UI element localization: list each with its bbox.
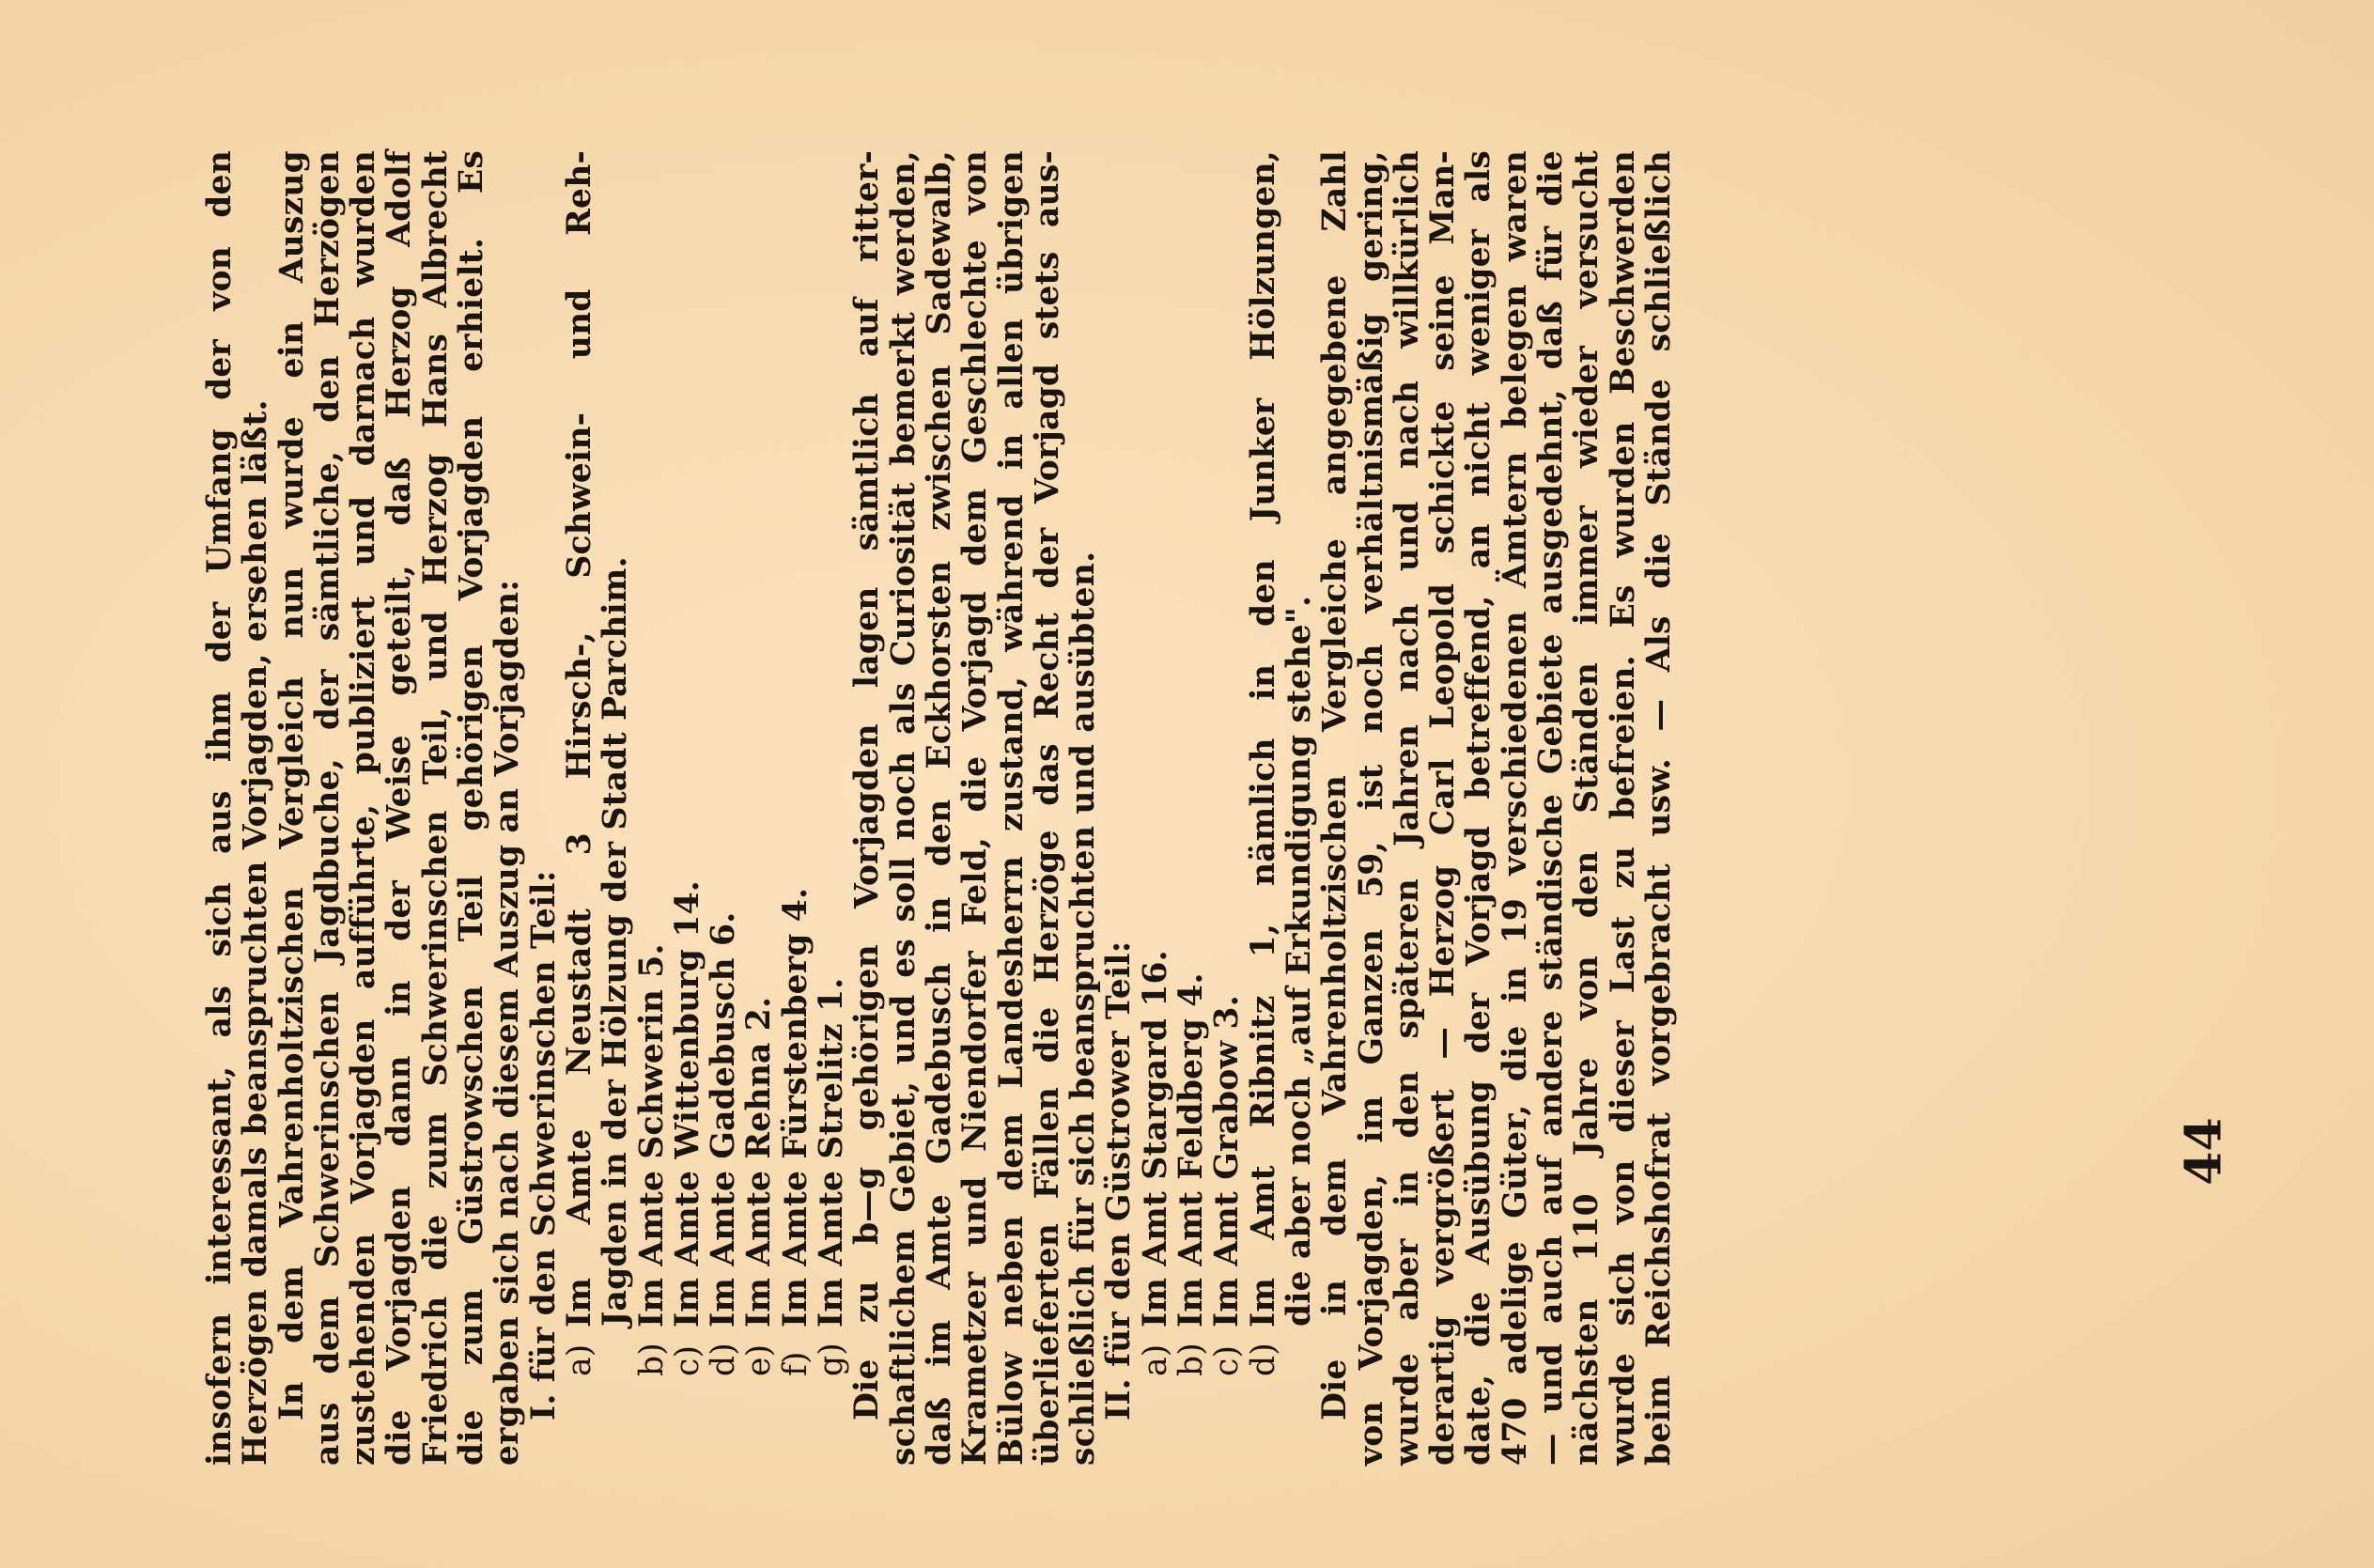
line-text: die zum Güstrowschen Teil gehörigen Vorj… <box>453 150 490 1466</box>
line-text: Im Amte Fürstenberg 4. <box>777 888 815 1327</box>
line-text: ergaben sich nach diesem Auszug an Vorja… <box>489 580 526 1466</box>
line-text: Die in dem Vahrenholtzischen Vergleiche … <box>1316 150 1354 1421</box>
text-line: schaftlichem Gebiet, und es soll noch al… <box>886 150 922 1466</box>
line-text: die Vorjagden dann in der Weise geteilt,… <box>380 150 418 1466</box>
line-text: Im Amt Ribnitz 1, nämlich in den Junker … <box>1245 150 1282 1327</box>
list-item: c)Im Amte Wittenburg 14. <box>670 150 706 1466</box>
line-text: Herzögen damals beanspruchten Vorjagden,… <box>237 399 274 1466</box>
line-text: derartig vergrößert — Herzog Carl Leopol… <box>1424 150 1462 1466</box>
line-text: In dem Vahrenholtzischen Vergleich nun w… <box>273 150 311 1421</box>
page-number: 44 <box>2176 1117 2233 1185</box>
text-line: Herzögen damals beanspruchten Vorjagden,… <box>238 150 273 1466</box>
list-item: d)Im Amt Ribnitz 1, nämlich in den Junke… <box>1246 150 1281 1466</box>
text-line: 470 adelige Güter, die in 19 verschieden… <box>1497 150 1533 1466</box>
line-text: Friedrich die zum Schwerinschen Teil, un… <box>417 150 455 1466</box>
text-line: Die zu b—g gehörigen Vorjagden lagen säm… <box>849 150 885 1466</box>
text-line: wurde aber in den späteren Jahren nach u… <box>1389 150 1425 1466</box>
text-line: In dem Vahrenholtzischen Vergleich nun w… <box>274 150 310 1466</box>
list-item-label: b) <box>634 1327 670 1376</box>
line-text: von Vorjagden, im Ganzen 59, ist noch ve… <box>1353 150 1390 1466</box>
text-line: Krametzer und Niendorfer Feld, die Vorja… <box>957 150 993 1466</box>
list-item: b)Im Amt Feldberg 4. <box>1173 150 1209 1466</box>
line-text: überlieferten Fällen die Herzöge das Rec… <box>1029 150 1066 1466</box>
list-item: e)Im Amte Rehna 2. <box>741 150 777 1466</box>
line-text: Im Amte Gadebusch 6. <box>705 912 742 1327</box>
text-line: von Vorjagden, im Ganzen 59, ist noch ve… <box>1354 150 1389 1466</box>
line-text: date, die Ausübung der Vorjagd betreffen… <box>1460 150 1497 1466</box>
text-line: date, die Ausübung der Vorjagd betreffen… <box>1461 150 1497 1466</box>
text-line: I. für den Schwerinschen Teil: <box>526 150 562 1466</box>
list-item-label: f) <box>778 1327 814 1376</box>
text-line: daß im Amte Gadebusch in den Eckhorsten … <box>922 150 957 1466</box>
list-item: d)Im Amte Gadebusch 6. <box>706 150 741 1466</box>
text-line: die Vorjagden dann in der Weise geteilt,… <box>381 150 417 1466</box>
line-text: Im Amt Stargard 16. <box>1137 950 1174 1327</box>
line-text: daß im Amte Gadebusch in den Eckhorsten … <box>921 150 958 1466</box>
list-item-label: c) <box>1209 1327 1245 1376</box>
line-text: nächsten 110 Jahre von den Ständen immer… <box>1568 150 1606 1466</box>
line-text: zustehenden Vorjagden aufführte, publizi… <box>345 150 382 1466</box>
line-text: beim Reichshofrat vorgebracht usw. — Als… <box>1640 150 1678 1466</box>
text-line: Bülow neben dem Landesherrn zustand, wäh… <box>994 150 1030 1466</box>
text-line: Die in dem Vahrenholtzischen Vergleiche … <box>1317 150 1353 1466</box>
list-item-label: a) <box>562 1327 597 1376</box>
line-text: Im Amte Schwerin 5. <box>633 943 671 1327</box>
line-text: Im Amte Wittenburg 14. <box>669 880 706 1327</box>
book-page: insofern interessant, als sich aus ihm d… <box>0 0 2374 1568</box>
line-text: 470 adelige Güter, die in 19 verschieden… <box>1497 150 1534 1466</box>
list-item-label: e) <box>741 1327 777 1376</box>
line-text: Krametzer und Niendorfer Feld, die Vorja… <box>956 150 994 1466</box>
line-text: die aber noch „auf Erkundigung stehe". <box>1280 596 1318 1327</box>
line-text: Im Amt Grabow 3. <box>1208 995 1246 1327</box>
text-line: nächsten 110 Jahre von den Ständen immer… <box>1569 150 1605 1466</box>
line-text: I. für den Schwerinschen Teil: <box>525 870 563 1421</box>
line-text: Im Amte Strelitz 1. <box>813 978 850 1327</box>
text-line: überlieferten Fällen die Herzöge das Rec… <box>1030 150 1065 1466</box>
line-text: aus dem Schwerinschen Jagdbuche, der säm… <box>309 150 347 1466</box>
text-line: — und auch auf andere ständische Gebiete… <box>1533 150 1569 1466</box>
line-text: II. für den Güstrower Teil: <box>1100 940 1138 1421</box>
list-item-label: d) <box>1246 1327 1281 1376</box>
list-item: b)Im Amte Schwerin 5. <box>634 150 670 1466</box>
list-item: a)Im Amte Neustadt 3 Hirsch-, Schwein- u… <box>562 150 597 1466</box>
line-text: Jagden in der Hölzung der Stadt Parchim. <box>597 556 634 1327</box>
text-line: ergaben sich nach diesem Auszug an Vorja… <box>489 150 525 1466</box>
text-line: Jagden in der Hölzung der Stadt Parchim. <box>597 150 633 1466</box>
list-item: f)Im Amte Fürstenberg 4. <box>778 150 814 1466</box>
line-text: Bülow neben dem Landesherrn zustand, wäh… <box>993 150 1031 1466</box>
body-text: insofern interessant, als sich aus ihm d… <box>202 150 2100 1466</box>
list-item-label: a) <box>1138 1327 1173 1376</box>
line-text: insofern interessant, als sich aus ihm d… <box>201 150 239 1466</box>
line-text: schließlich für sich beanspruchten und a… <box>1064 551 1102 1466</box>
text-line: aus dem Schwerinschen Jagdbuche, der säm… <box>310 150 346 1466</box>
text-line: die zum Güstrowschen Teil gehörigen Vorj… <box>454 150 489 1466</box>
text-line: II. für den Güstrower Teil: <box>1101 150 1137 1466</box>
text-line: Friedrich die zum Schwerinschen Teil, un… <box>418 150 454 1466</box>
line-text: wurde aber in den späteren Jahren nach u… <box>1389 150 1426 1466</box>
text-line: schließlich für sich beanspruchten und a… <box>1065 150 1101 1466</box>
text-line: derartig vergrößert — Herzog Carl Leopol… <box>1425 150 1461 1466</box>
list-item-label: d) <box>706 1327 741 1376</box>
text-line: zustehenden Vorjagden aufführte, publizi… <box>346 150 381 1466</box>
line-text: — und auch auf andere ständische Gebiete… <box>1532 150 1570 1466</box>
text-line: wurde sich von dieser Last zu befreien. … <box>1606 150 1641 1466</box>
list-item: c)Im Amt Grabow 3. <box>1209 150 1245 1466</box>
line-text: Im Amte Rehna 2. <box>740 997 778 1327</box>
text-line: insofern interessant, als sich aus ihm d… <box>202 150 238 1466</box>
text-line: beim Reichshofrat vorgebracht usw. — Als… <box>1641 150 1677 1466</box>
line-text: Im Amte Neustadt 3 Hirsch-, Schwein- und… <box>561 150 598 1327</box>
line-text: schaftlichem Gebiet, und es soll noch al… <box>885 150 923 1466</box>
line-text: Im Amt Feldberg 4. <box>1172 972 1210 1327</box>
list-item: a)Im Amt Stargard 16. <box>1138 150 1173 1466</box>
line-text: Die zu b—g gehörigen Vorjagden lagen säm… <box>848 150 886 1421</box>
list-item-label: c) <box>670 1327 706 1376</box>
list-item-label: g) <box>814 1327 849 1376</box>
list-item-label: b) <box>1173 1327 1209 1376</box>
list-item: g)Im Amte Strelitz 1. <box>814 150 849 1466</box>
line-text: wurde sich von dieser Last zu befreien. … <box>1605 150 1642 1466</box>
text-line: die aber noch „auf Erkundigung stehe". <box>1281 150 1317 1466</box>
